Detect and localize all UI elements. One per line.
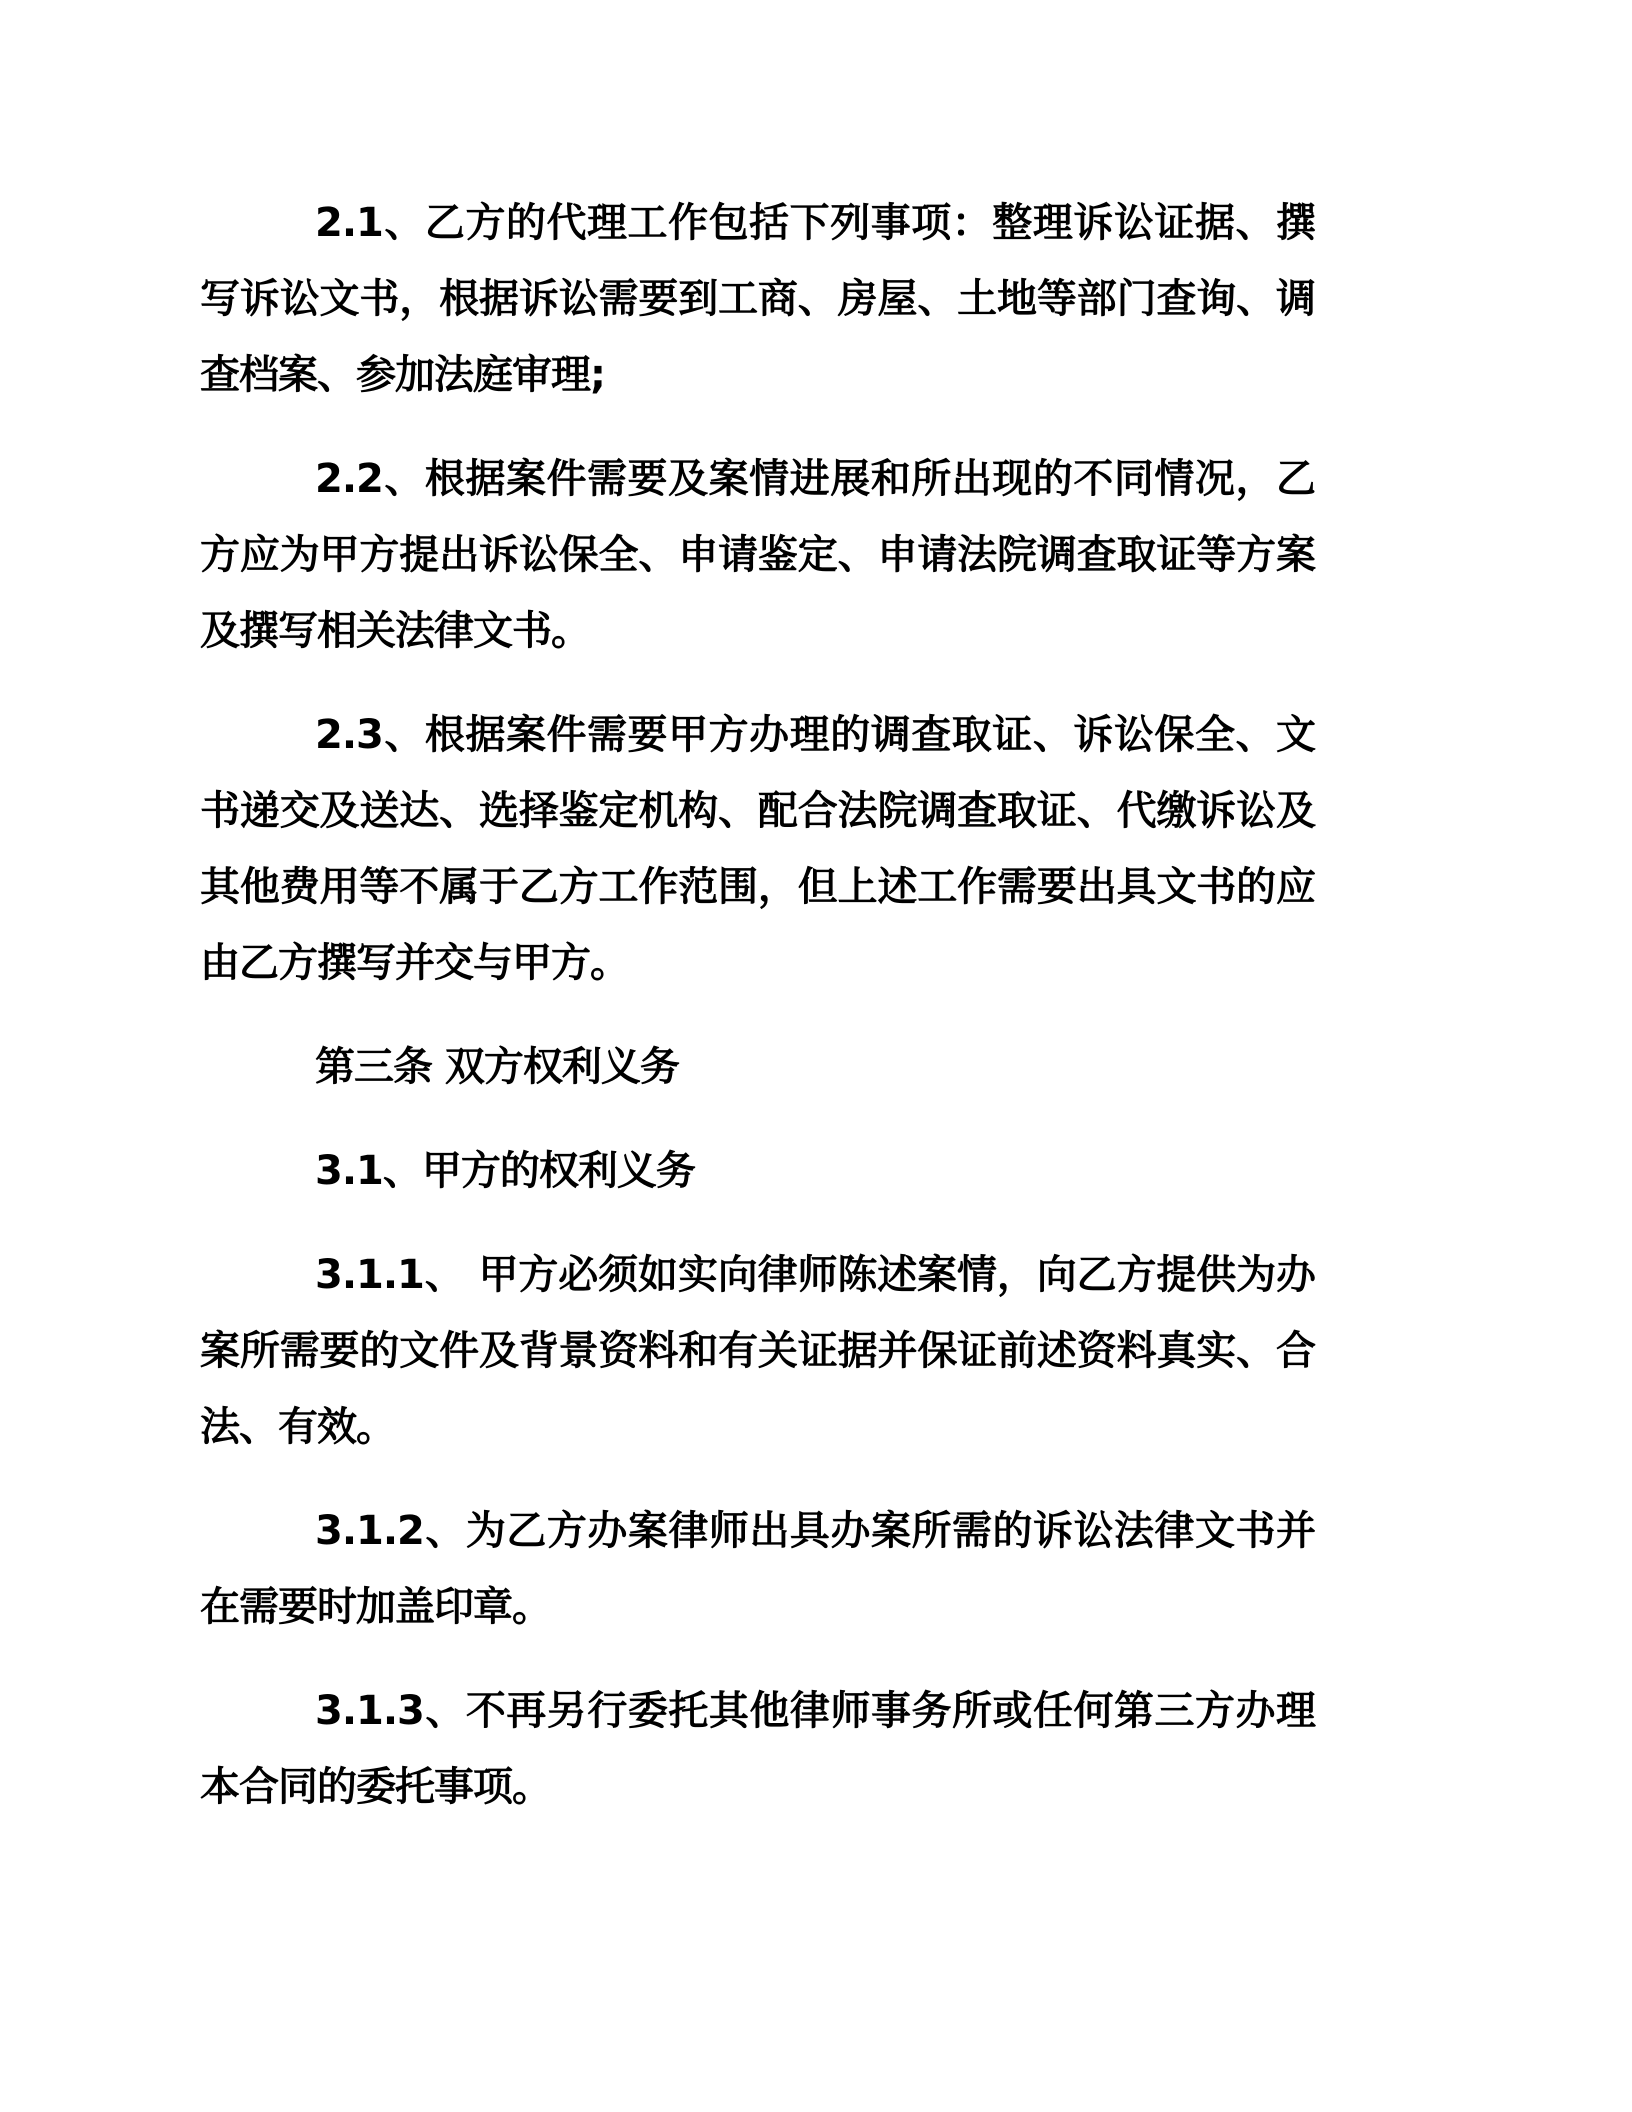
document-page: 2.1、乙方的代理工作包括下列事项：整理诉讼证据、撰写诉讼文书，根据诉讼需要到工… — [0, 0, 1632, 2112]
paragraph-clause-3-1-3: 3.1.3、不再另行委托其他律师事务所或任何第三方办理本合同的委托事项。 — [200, 1673, 1315, 1825]
paragraph-clause-2-2: 2.2、根据案件需要及案情进展和所出现的不同情况，乙方应为甲方提出诉讼保全、申请… — [200, 441, 1315, 669]
paragraph-clause-2-1: 2.1、乙方的代理工作包括下列事项：整理诉讼证据、撰写诉讼文书，根据诉讼需要到工… — [200, 185, 1315, 413]
paragraph-clause-2-3: 2.3、根据案件需要甲方办理的调查取证、诉讼保全、文书递交及送达、选择鉴定机构、… — [200, 697, 1315, 1001]
paragraph-clause-3-1: 3.1、甲方的权利义务 — [200, 1133, 1315, 1209]
paragraph-clause-3-1-2: 3.1.2、为乙方办案律师出具办案所需的诉讼法律文书并在需要时加盖印章。 — [200, 1493, 1315, 1645]
article-3-heading: 第三条 双方权利义务 — [200, 1029, 1315, 1105]
paragraph-clause-3-1-1: 3.1.1、 甲方必须如实向律师陈述案情，向乙方提供为办案所需要的文件及背景资料… — [200, 1237, 1315, 1465]
